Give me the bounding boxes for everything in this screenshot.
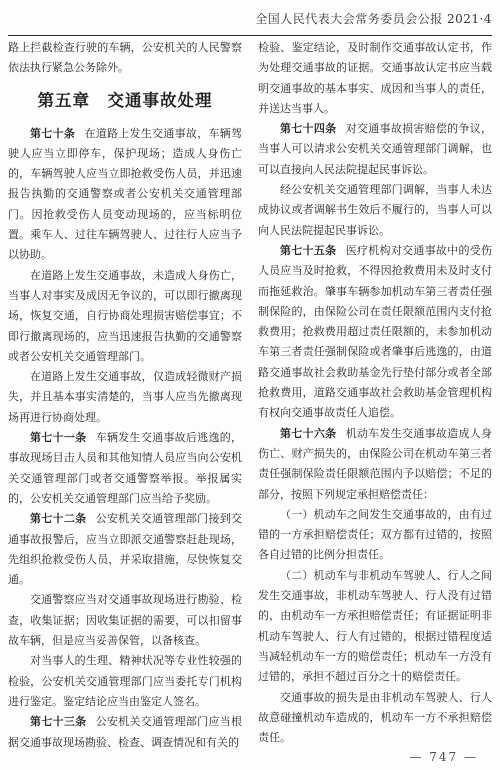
paragraph-item-1: （一）机动车之间发生交通事故的，由有过错的一方承担赔偿责任；双方都有过错的，按照…	[258, 505, 492, 566]
paragraph-expert-appraisal: 对当事人的生理、精神状况等专业性较强的检验，公安机关交通管理部门应当委托专门机构…	[8, 651, 242, 712]
gazette-page: 全国人民代表大会常务委员会公报 2021·4 路上拦截检查行驶的车辆，公安机关的…	[0, 0, 500, 770]
article-number: 第七十四条	[280, 122, 346, 135]
left-column: 路上拦截检查行驶的车辆，公安机关的人民警察依法执行紧急公务除外。 第五章 交通事…	[8, 38, 242, 748]
paragraph-article-72: 第七十二条公安机关交通管理部门接到交通事故报警后，应当立即派交通警察赶赴现场，先…	[8, 509, 242, 590]
article-number: 第七十六条	[280, 427, 346, 440]
paragraph-scene-inspection: 交通警察应当对交通事故现场进行勘验、检查，收集证据；因收集证据的需要，可以扣留事…	[8, 590, 242, 651]
article-body: 在道路上发生交通事故，车辆驾驶人应当立即停车，保护现场；造成人身伤亡的，车辆驾驶…	[8, 127, 242, 262]
paragraph-intentional-collision: 交通事故的损失是由非机动车驾驶人、行人故意碰撞机动车造成的，机动车一方不承担赔偿…	[258, 688, 492, 749]
paragraph-article-74: 第七十四条对交通事故损害赔偿的争议，当事人可以请求公安机关交通管理部门调解，也可…	[258, 119, 492, 180]
paragraph-minor-damage: 在道路上发生交通事故，仅造成轻微财产损失，并且基本事实清楚的，当事人应当先撤离现…	[8, 367, 242, 428]
article-number: 第七十三条	[30, 715, 96, 728]
paragraph-article-76: 第七十六条机动车发生交通事故造成人身伤亡、财产损失的，由保险公司在机动车第三者责…	[258, 424, 492, 505]
article-number: 第七十二条	[30, 512, 96, 525]
article-number: 第七十一条	[30, 431, 96, 444]
article-number: 第七十条	[30, 127, 84, 140]
right-column: 检验、鉴定结论，及时制作交通事故认定书，作为处理交通事故的证据。交通事故认定书应…	[258, 38, 492, 748]
paragraph-continuation: 路上拦截检查行驶的车辆，公安机关的人民警察依法执行紧急公务除外。	[8, 38, 242, 79]
paragraph-article-70: 第七十条在道路上发生交通事故，车辆驾驶人应当立即停车，保护现场；造成人身伤亡的，…	[8, 124, 242, 266]
article-number: 第七十五条	[280, 244, 346, 257]
article-body: 医疗机构对交通事故中的受伤人员应当及时抢救，不得因抢救费用未及时支付而拖延救治。…	[258, 244, 492, 419]
paragraph-item-2: （二）机动车与非机动车驾驶人、行人之间发生交通事故，非机动车驾驶人、行人没有过错…	[258, 566, 492, 688]
paragraph-article-73: 第七十三条公安机关交通管理部门应当根据交通事故现场勘验、检查、调查情况和有关的	[8, 712, 242, 748]
paragraph-article-75: 第七十五条医疗机构对交通事故中的受伤人员应当及时抢救，不得因抢救费用未及时支付而…	[258, 241, 492, 424]
page-header: 全国人民代表大会常务委员会公报 2021·4	[8, 10, 492, 36]
chapter-heading: 第五章 交通事故处理	[8, 90, 242, 112]
paragraph-article-71: 第七十一条车辆发生交通事故后逃逸的，事故现场目击人员和其他知情人员应当向公安机关…	[8, 428, 242, 509]
page-number: — 747 —	[409, 750, 478, 764]
paragraph-no-casualty: 在道路上发生交通事故，未造成人身伤亡，当事人对事实及成因无争议的，可以即行撤离现…	[8, 266, 242, 367]
gazette-title: 全国人民代表大会常务委员会公报 2021·4	[255, 12, 492, 26]
paragraph-mediation: 经公安机关交通管理部门调解，当事人未达成协议或者调解书生效后不履行的，当事人可以…	[258, 180, 492, 241]
page-body: 路上拦截检查行驶的车辆，公安机关的人民警察依法执行紧急公务除外。 第五章 交通事…	[8, 38, 492, 748]
paragraph-continuation: 检验、鉴定结论，及时制作交通事故认定书，作为处理交通事故的证据。交通事故认定书应…	[258, 38, 492, 119]
